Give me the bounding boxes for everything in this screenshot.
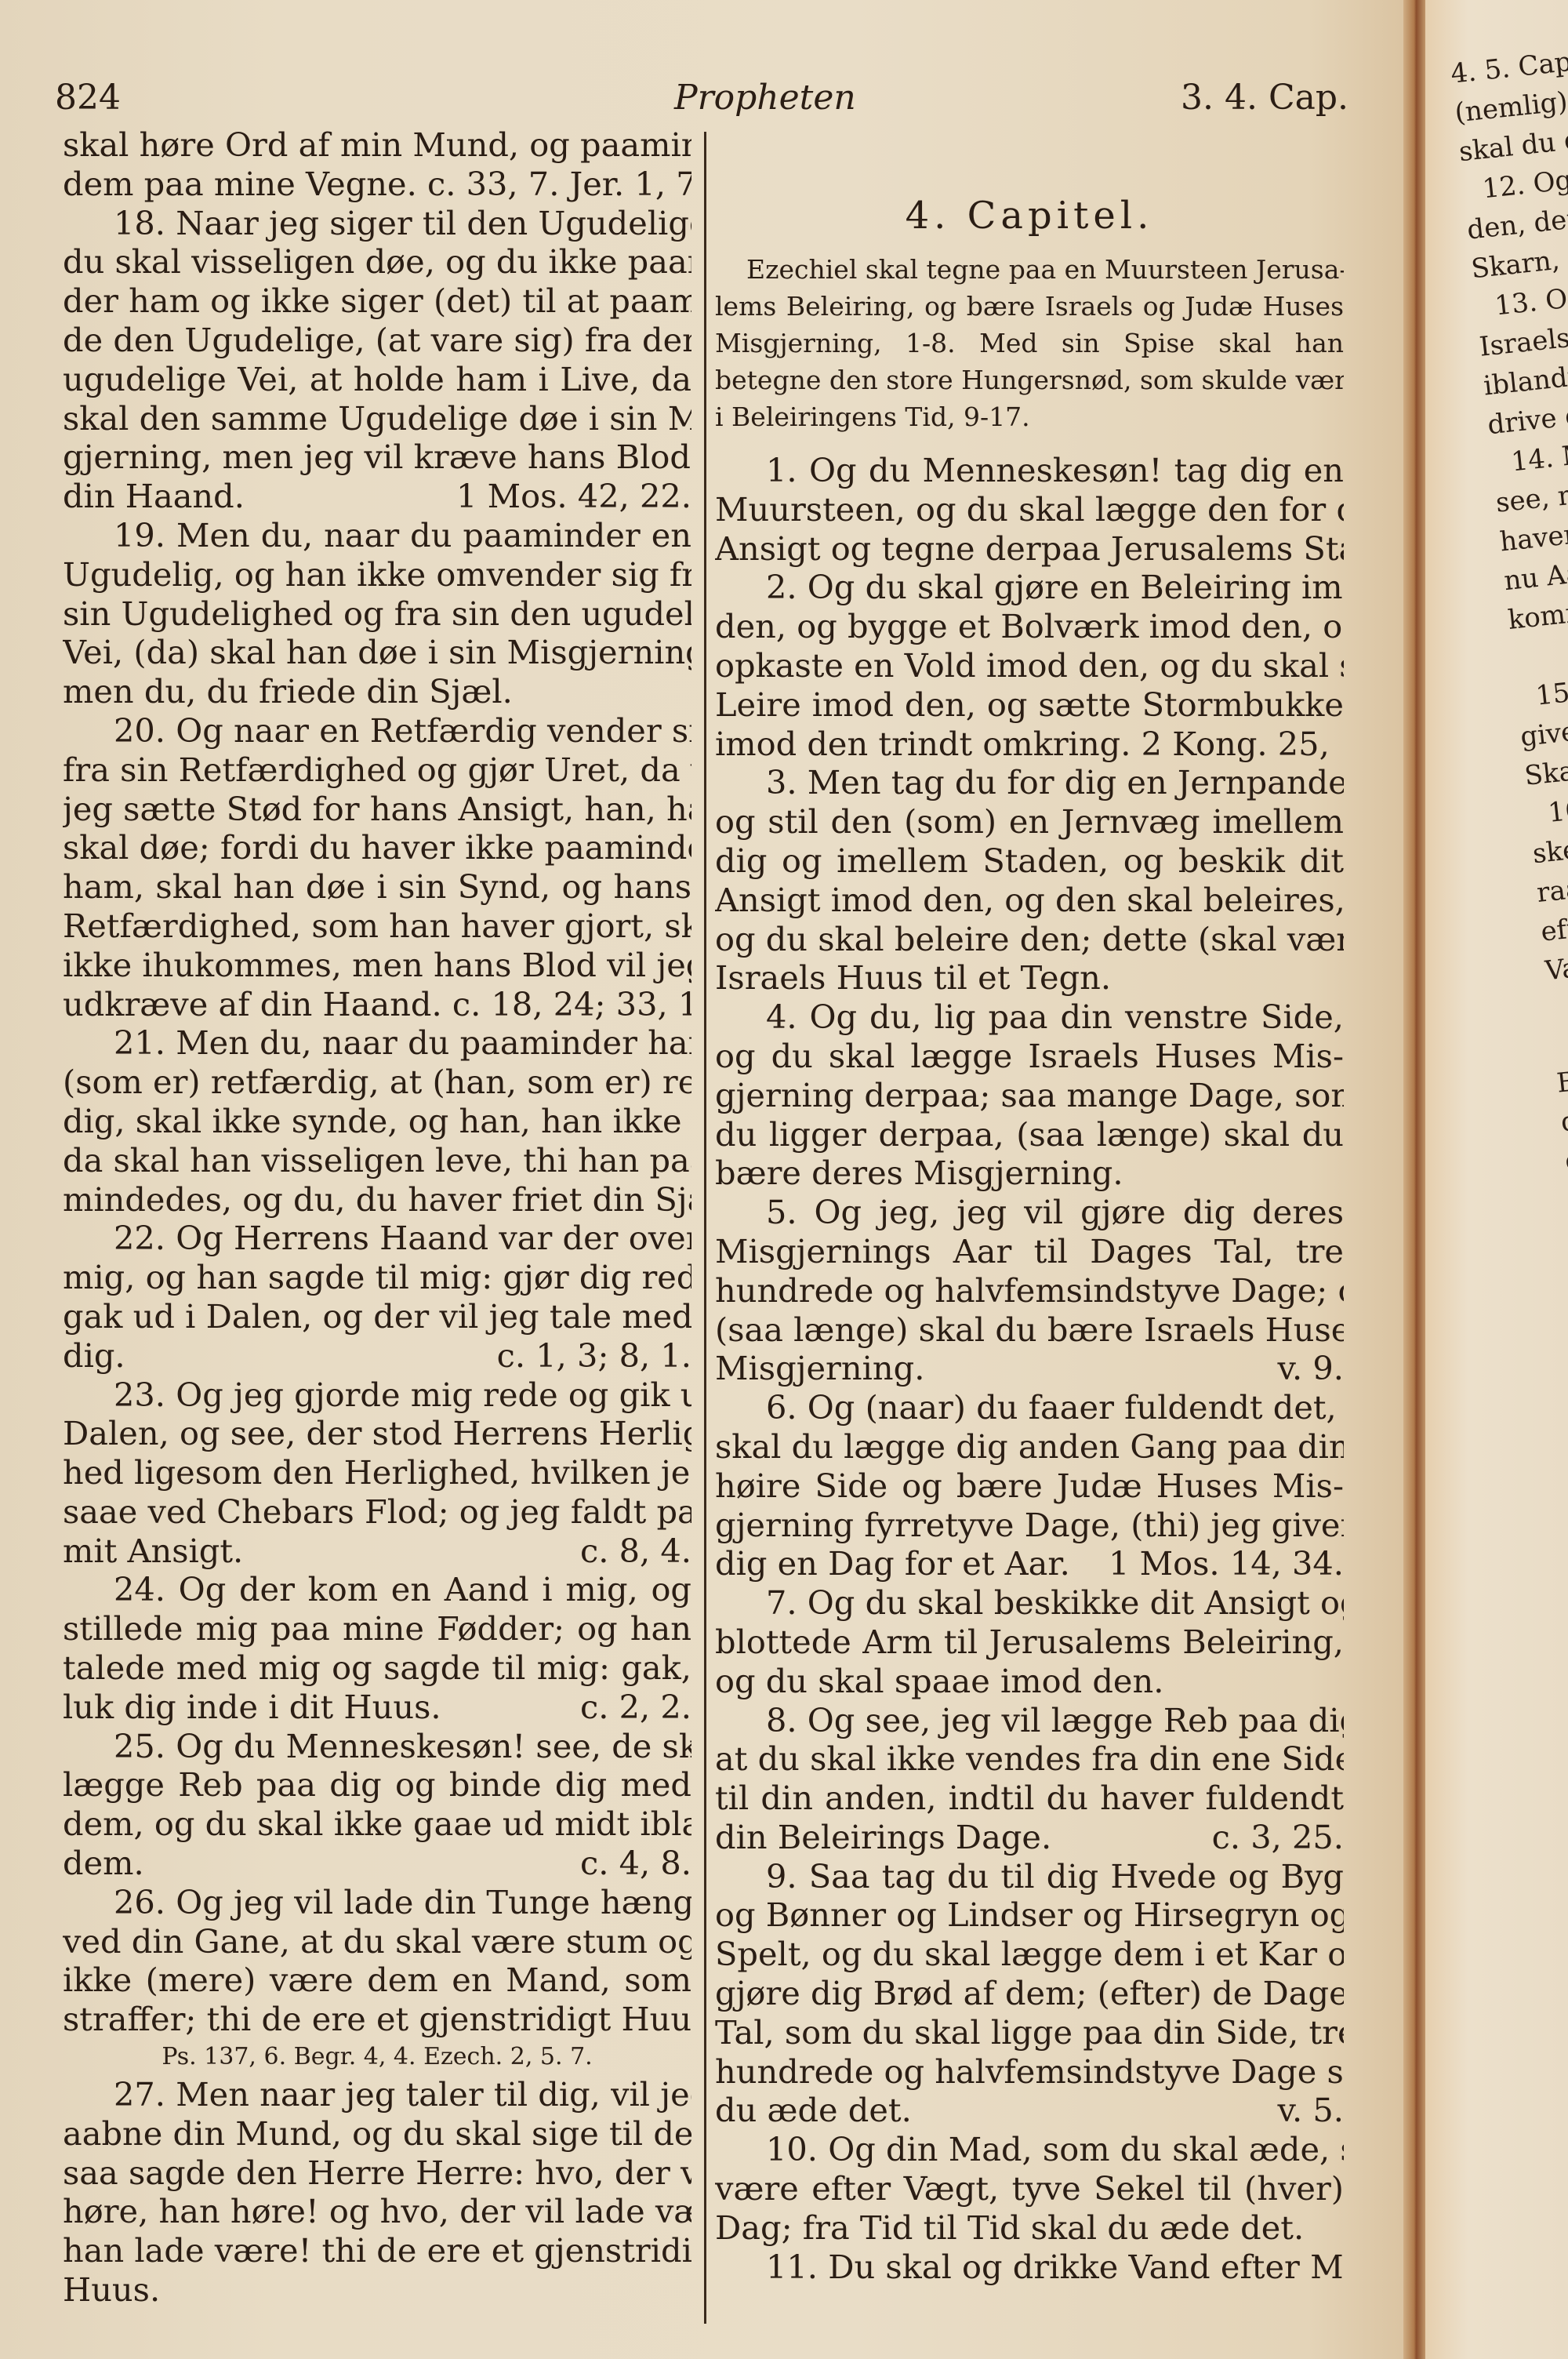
summary-line: lems Beleiring, og bære Israels og Judæ …	[715, 288, 1344, 325]
text-line: hed ligesom den Herlighed, hvilken jeg	[63, 1453, 691, 1492]
text-line: stillede mig paa mine Fødder; og han	[63, 1609, 691, 1648]
text: mit Ansigt.	[63, 1532, 243, 1571]
verse-23: 23. Og jeg gjorde mig rede og gik ud i	[63, 1376, 691, 1415]
text: din Beleirings Dage.	[715, 1818, 1051, 1857]
text-line: hundrede og halvfemsindstyve Dage; og	[715, 1271, 1344, 1310]
text-line: saae ved Chebars Flod; og jeg faldt paa	[63, 1492, 691, 1532]
text-line: gjerning fyrretyve Dage, (thi) jeg giver	[715, 1506, 1344, 1545]
verse-8: 8. Og see, jeg vil lægge Reb paa dig,	[715, 1701, 1344, 1740]
verse-5: 5. Og jeg, jeg vil gjøre dig deres	[715, 1193, 1344, 1232]
text-line: skal du lægge dig anden Gang paa din	[715, 1427, 1344, 1467]
verse-24: 24. Og der kom en Aand i mig, og	[63, 1570, 691, 1609]
text: dig en Dag for et Aar.	[715, 1544, 1070, 1583]
cross-reference: v. 5.	[1278, 2091, 1345, 2130]
verse-18: 18. Naar jeg siger til den Ugudelige:	[63, 204, 691, 243]
book-gutter	[1403, 0, 1427, 2359]
text-line: skal den samme Ugudelige døe i sin Mis-	[63, 399, 691, 438]
text-line: Vei, (da) skal han døe i sin Misgjerning…	[63, 633, 691, 672]
verse-10: 10. Og din Mad, som du skal æde, skal	[715, 2130, 1344, 2169]
text-line: blottede Arm til Jerusalems Beleiring,	[715, 1623, 1344, 1662]
text-line: høre, han høre! og hvo, der vil lade vær…	[63, 2192, 691, 2231]
text: dig.	[63, 1336, 125, 1376]
text-line: gjøre dig Brød af dem; (efter) de Dages	[715, 1974, 1344, 2013]
text-line: til din anden, indtil du haver fuldendt	[715, 1779, 1344, 1818]
text-line: dig og imellem Staden, og beskik dit	[715, 841, 1344, 881]
text-line: (som er) retfærdig, at (han, som er) ret…	[63, 1063, 691, 1102]
text-line: han lade være! thi de ere et gjenstridig…	[63, 2231, 691, 2270]
summary-line: betegne den store Hungersnød, som skulde…	[715, 362, 1344, 398]
text-line: aabne din Mund, og du skal sige til dem:	[63, 2114, 691, 2154]
text-line: Misgjernings Aar til Dages Tal, tre	[715, 1232, 1344, 1271]
text-line: fra sin Retfærdighed og gjør Uret, da vi…	[63, 751, 691, 790]
text-line: jeg sætte Stød for hans Ansigt, han, han	[63, 790, 691, 829]
facing-page-fragment: 4. 5. Cap. (nemlig) den s skal du drikke…	[1425, 0, 1568, 2359]
text-line: hundrede og halvfemsindstyve Dage skal	[715, 2052, 1344, 2092]
summary-line: i Beleiringens Tid, 9-17.	[715, 398, 1344, 435]
column-divider	[704, 132, 706, 2324]
chapter-heading: 4. Capitel.	[715, 180, 1344, 251]
chapter-summary: Ezechiel skal tegne paa en Muursteen Jer…	[715, 251, 1344, 435]
verse-11: 11. Du skal og drikke Vand efter Maal,	[715, 2248, 1344, 2287]
cross-reference: c. 1, 3; 8, 1.	[497, 1336, 691, 1376]
text-line: høire Side og bære Judæ Huses Mis-	[715, 1467, 1344, 1506]
text-line: saa sagde den Herre Herre: hvo, der vil	[63, 2154, 691, 2193]
cross-reference: c. 8, 4.	[580, 1532, 691, 1571]
verse-25: 25. Og du Menneskesøn! see, de skulle	[63, 1727, 691, 1766]
verse-19: 19. Men du, naar du paaminder en	[63, 516, 691, 555]
text-line: at du skal ikke vendes fra din ene Side	[715, 1739, 1344, 1779]
text-line: Ansigt imod den, og den skal beleires,	[715, 881, 1344, 920]
text-line: Huus.	[63, 2270, 691, 2310]
verse-22: 22. Og Herrens Haand var der over	[63, 1219, 691, 1258]
verse-21: 21. Men du, naar du paaminder ham,	[63, 1023, 691, 1063]
verse-26: 26. Og jeg vil lade din Tunge hænge	[63, 1883, 691, 1922]
text-line: talede med mig og sagde til mig: gak,	[63, 1648, 691, 1688]
text-line: Tal, som du skal ligge paa din Side, tre	[715, 2013, 1344, 2052]
verse-2: 2. Og du skal gjøre en Beleiring imod	[715, 568, 1344, 607]
text-line: dig, skal ikke synde, og han, han ikke s…	[63, 1102, 691, 1141]
text-line-with-ref: dem. c. 4, 8.	[63, 1844, 691, 1883]
text-line: sin Ugudelighed og fra sin den ugudelige	[63, 594, 691, 634]
verse-4: 4. Og du, lig paa din venstre Side,	[715, 998, 1344, 1037]
text-line-with-ref: mit Ansigt. c. 8, 4.	[63, 1532, 691, 1571]
text: luk dig inde i dit Huus.	[63, 1688, 441, 1727]
text-line: være efter Vægt, tyve Sekel til (hver)	[715, 2169, 1344, 2208]
text-line: opkaste en Vold imod den, og du skal sti…	[715, 646, 1344, 685]
text-line: udkræve af din Haand. c. 18, 24; 33, 12.	[63, 985, 691, 1024]
right-column: 4. Capitel. Ezechiel skal tegne paa en M…	[715, 180, 1344, 2286]
text-line: men du, du friede din Sjæl.	[63, 672, 691, 711]
text-line: og Bønner og Lindser og Hirsegryn og	[715, 1896, 1344, 1935]
text-line: skal døe; fordi du haver ikke paamindet	[63, 828, 691, 867]
text-line: dem, og du skal ikke gaae ud midt ibland…	[63, 1805, 691, 1844]
text-line: dem paa mine Vegne. c. 33, 7. Jer. 1, 7.	[63, 165, 691, 204]
verse-27: 27. Men naar jeg taler til dig, vil jeg	[63, 2075, 691, 2114]
cross-reference: 1 Mos. 14, 34.	[1109, 1544, 1344, 1583]
text: dem.	[63, 1844, 144, 1883]
text-line: ved din Gane, at du skal være stum og	[63, 1922, 691, 1961]
text-line: gjerning derpaa; saa mange Dage, som	[715, 1076, 1344, 1115]
text-line: Israels Huus til et Tegn.	[715, 958, 1344, 998]
text-line-with-ref: din Beleirings Dage. c. 3, 25.	[715, 1818, 1344, 1857]
text-line: mig, og han sagde til mig: gjør dig rede…	[63, 1258, 691, 1297]
text-line: mindedes, og du, du haver friet din Sjæl…	[63, 1180, 691, 1219]
text-line: Muursteen, og du skal lægge den for dit	[715, 490, 1344, 529]
text-line: ikke (mere) være dem en Mand, som	[63, 1961, 691, 2000]
text-line: bære deres Misgjerning.	[715, 1154, 1344, 1193]
running-header: 824 Propheten 3. 4. Cap.	[55, 75, 1348, 122]
text-line: Dag; fra Tid til Tid skal du æde det.	[715, 2208, 1344, 2248]
text-line: der ham og ikke siger (det) til at paami…	[63, 282, 691, 321]
summary-line: Misgjerning, 1-8. Med sin Spise skal han	[715, 325, 1344, 362]
text: Misgjerning.	[715, 1349, 924, 1388]
cross-reference: c. 4, 8.	[580, 1844, 691, 1883]
text-line: du ligger derpaa, (saa længe) skal du	[715, 1115, 1344, 1154]
text-line: og du skal beleire den; dette (skal være…	[715, 920, 1344, 959]
text-line: da skal han visseligen leve, thi han paa…	[63, 1141, 691, 1180]
text-line-with-ref: luk dig inde i dit Huus. c. 2, 2.	[63, 1688, 691, 1727]
text-line: gak ud i Dalen, og der vil jeg tale med	[63, 1297, 691, 1336]
page-number: 824	[55, 75, 121, 122]
text-line-with-ref: dig en Dag for et Aar. 1 Mos. 14, 34.	[715, 1544, 1344, 1583]
text-line: Dalen, og see, der stod Herrens Herlig-	[63, 1414, 691, 1453]
text: du æde det.	[715, 2091, 912, 2130]
text-line: lægge Reb paa dig og binde dig med	[63, 1765, 691, 1805]
running-title: Propheten	[674, 75, 856, 122]
text-line: ikke ihukommes, men hans Blod vil jeg	[63, 946, 691, 985]
text-line: og du skal lægge Israels Huses Mis-	[715, 1037, 1344, 1076]
text-line: ham, skal han døe i sin Synd, og hans	[63, 867, 691, 907]
cross-reference: 1 Mos. 42, 22.	[456, 477, 691, 516]
left-column: skal høre Ord af min Mund, og paaminde d…	[63, 125, 691, 2310]
text-line: imod den trindt omkring. 2 Kong. 25, 1.	[715, 725, 1344, 764]
text-line: (saa længe) skal du bære Israels Huses	[715, 1310, 1344, 1350]
text-line: Ugudelig, og han ikke omvender sig fra	[63, 555, 691, 594]
text-line: gjerning, men jeg vil kræve hans Blod af	[63, 438, 691, 477]
facing-page-text: 4. 5. Cap. (nemlig) den s skal du drikke…	[1449, 28, 1568, 2279]
text-line: Ansigt og tegne derpaa Jerusalems Stad.	[715, 529, 1344, 569]
book-page-824: 824 Propheten 3. 4. Cap. skal høre Ord a…	[0, 0, 1421, 2359]
text-line-with-ref: du æde det. v. 5.	[715, 2091, 1344, 2130]
text-line: Leire imod den, og sætte Stormbukke	[715, 685, 1344, 725]
cross-reference: c. 2, 2.	[580, 1688, 691, 1727]
text-line: de den Ugudelige, (at vare sig) fra den	[63, 321, 691, 360]
verse-20: 20. Og naar en Retfærdig vender sig	[63, 711, 691, 751]
text-line: ugudelige Vei, at holde ham i Live, da	[63, 360, 691, 399]
text-line-with-ref: Misgjerning. v. 9.	[715, 1349, 1344, 1388]
cross-reference: v. 9.	[1278, 1349, 1345, 1388]
text-line: skal høre Ord af min Mund, og paaminde	[63, 125, 691, 165]
text-line: Spelt, og du skal lægge dem i et Kar og	[715, 1935, 1344, 1974]
text-line-with-ref: dig. c. 1, 3; 8, 1.	[63, 1336, 691, 1376]
verse-9: 9. Saa tag du til dig Hvede og Byg	[715, 1857, 1344, 1896]
summary-line: Ezechiel skal tegne paa en Muursteen Jer…	[715, 251, 1344, 288]
text-line: og stil den (som) en Jernvæg imellem	[715, 802, 1344, 841]
chapter-reference: 3. 4. Cap.	[1181, 75, 1348, 122]
text-line-with-ref: din Haand. 1 Mos. 42, 22.	[63, 477, 691, 516]
cross-reference-block: Ps. 137, 6. Begr. 4, 4. Ezech. 2, 5. 7.	[63, 2039, 691, 2075]
verse-1: 1. Og du Menneskesøn! tag dig en	[715, 451, 1344, 490]
text-line: Retfærdighed, som han haver gjort, skal	[63, 907, 691, 946]
verse-6: 6. Og (naar) du faaer fuldendt det, da	[715, 1388, 1344, 1427]
text-line: du skal visseligen døe, og du ikke paami…	[63, 242, 691, 282]
verse-7: 7. Og du skal beskikke dit Ansigt og din	[715, 1583, 1344, 1623]
text: din Haand.	[63, 477, 245, 516]
text-line: den, og bygge et Bolværk imod den, og	[715, 607, 1344, 646]
cross-reference: c. 3, 25.	[1212, 1818, 1344, 1857]
text-line: og du skal spaae imod den.	[715, 1662, 1344, 1701]
text-line: straffer; thi de ere et gjenstridigt Huu…	[63, 2000, 691, 2039]
verse-3: 3. Men tag du for dig en Jernpande,	[715, 763, 1344, 802]
